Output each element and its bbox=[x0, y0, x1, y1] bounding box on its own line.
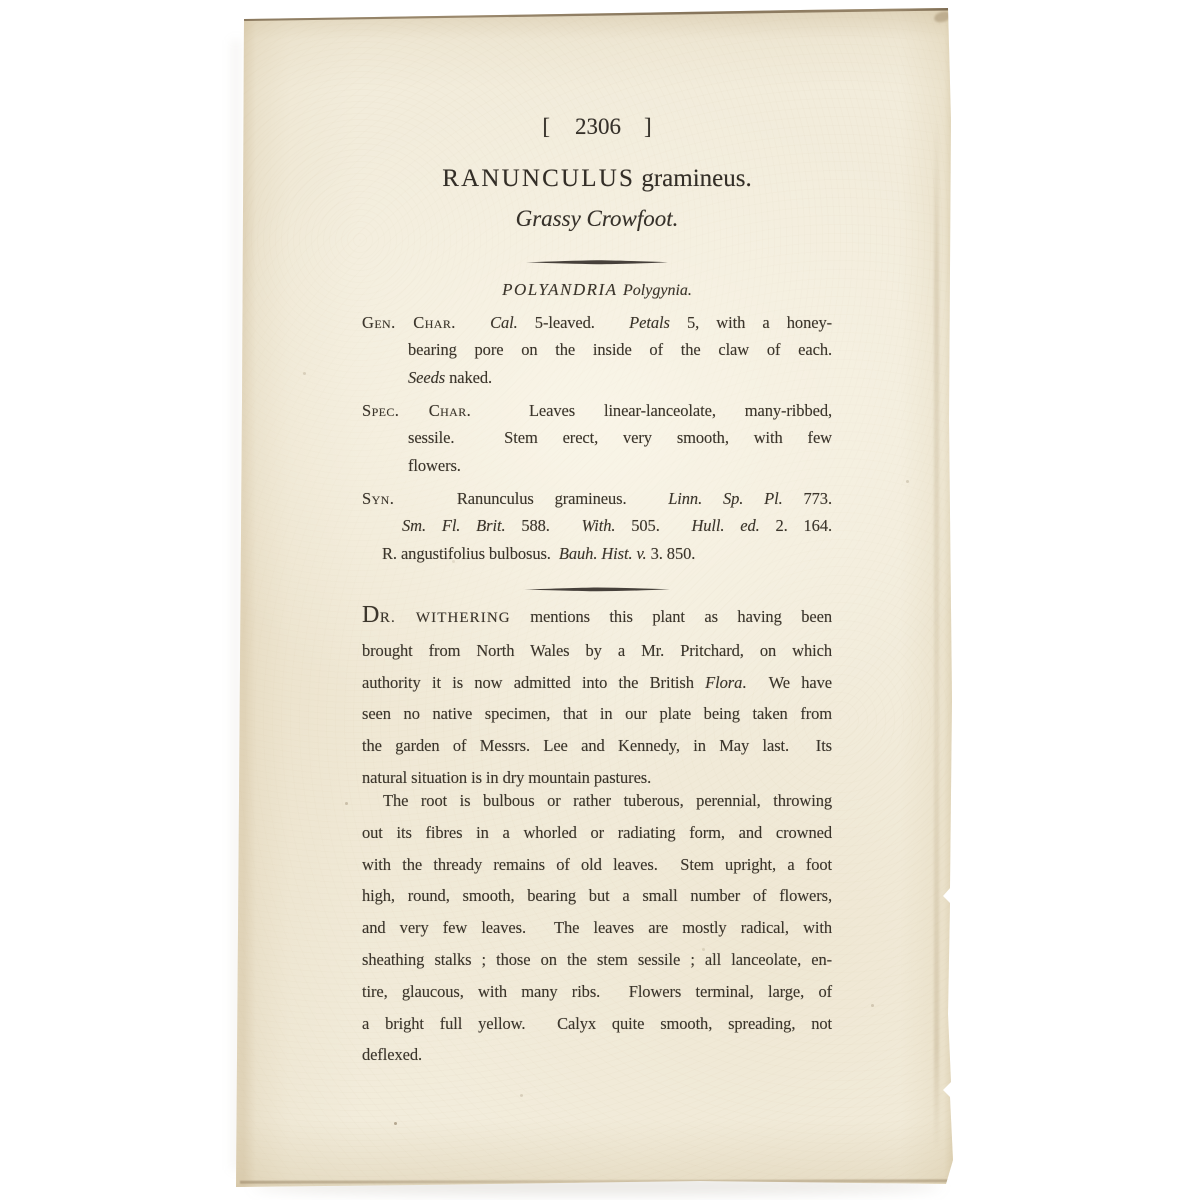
generic-character-section: Gen. Char. Cal. 5-leaved. Petals 5, with… bbox=[362, 309, 832, 391]
page-sheet: [2306] RANUNCULUS gramineus. Grassy Crow… bbox=[0, 0, 1200, 1200]
page-top-edge bbox=[243, 7, 950, 21]
synonyms-section: Syn. Ranunculus gramineus. Linn. Sp. Pl.… bbox=[362, 485, 832, 567]
text-line: tire, glaucous, with many ribs. Flowers … bbox=[362, 976, 832, 1008]
text-line: seen no native specimen, that in our pla… bbox=[362, 698, 832, 730]
text-line: deflexed. bbox=[362, 1039, 832, 1071]
text-line: DR. WITHERING mentions this plant as hav… bbox=[362, 601, 832, 635]
text-line: [2306] bbox=[362, 114, 832, 140]
text-line: Seeds naked. bbox=[408, 364, 832, 391]
text-line: RANUNCULUS gramineus. bbox=[362, 165, 832, 193]
page-number: [2306] bbox=[362, 114, 832, 140]
scan-background: [2306] RANUNCULUS gramineus. Grassy Crow… bbox=[0, 0, 1200, 1200]
foxing-speck bbox=[303, 372, 306, 375]
text-line: Spec. Char. Leaves linear-lanceolate, ma… bbox=[362, 397, 832, 424]
foxing-speck bbox=[520, 1094, 523, 1097]
page-crease bbox=[934, 120, 939, 1150]
foxing-speck bbox=[345, 802, 348, 805]
text-line: sheathing stalks ; those on the stem ses… bbox=[362, 944, 832, 976]
linnaean-class-line: POLYANDRIA Polygynia. bbox=[362, 280, 832, 300]
swelled-rule-divider bbox=[362, 253, 832, 271]
foxing-speck bbox=[871, 1004, 874, 1007]
text-line: Gen. Char. Cal. 5-leaved. Petals 5, with… bbox=[362, 309, 832, 336]
text-line: Grassy Crowfoot. bbox=[362, 206, 832, 232]
page-title: RANUNCULUS gramineus. bbox=[362, 165, 832, 193]
body-paragraph-2: The root is bulbous or rather tuberous, … bbox=[362, 785, 832, 1071]
specific-character-section: Spec. Char. Leaves linear-lanceolate, ma… bbox=[362, 397, 832, 479]
text-line: Syn. Ranunculus gramineus. Linn. Sp. Pl.… bbox=[362, 485, 832, 512]
body-paragraph-1: DR. WITHERING mentions this plant as hav… bbox=[362, 601, 832, 794]
text-line: with the thready remains of old leaves. … bbox=[362, 849, 832, 881]
text-line: the garden of Messrs. Lee and Kennedy, i… bbox=[362, 730, 832, 762]
common-name-subtitle: Grassy Crowfoot. bbox=[362, 206, 832, 232]
foxing-speck bbox=[906, 480, 909, 483]
text-line: out its fibres in a whorled or radiating… bbox=[362, 817, 832, 849]
swelled-rule-icon bbox=[526, 259, 668, 266]
text-line: high, round, smooth, bearing but a small… bbox=[362, 880, 832, 912]
text-line: brought from North Wales by a Mr. Pritch… bbox=[362, 635, 832, 667]
text-line: a bright full yellow. Calyx quite smooth… bbox=[362, 1008, 832, 1040]
corner-fold-mark bbox=[933, 10, 951, 23]
text-line: flowers. bbox=[408, 452, 832, 479]
text-line: sessile. Stem erect, very smooth, with f… bbox=[408, 424, 832, 451]
text-line: POLYANDRIA Polygynia. bbox=[362, 280, 832, 300]
swelled-rule-divider bbox=[362, 580, 832, 598]
text-line: bearing pore on the inside of the claw o… bbox=[408, 336, 832, 363]
text-line: Sm. Fl. Brit. 588. With. 505. Hull. ed. … bbox=[402, 512, 832, 539]
text-line: R. angustifolius bulbosus. Bauh. Hist. v… bbox=[382, 540, 832, 567]
text-line: The root is bulbous or rather tuberous, … bbox=[383, 785, 832, 817]
foxing-speck bbox=[394, 1122, 397, 1125]
swelled-rule-icon bbox=[524, 586, 670, 593]
text-line: authority it is now admitted into the Br… bbox=[362, 667, 832, 699]
text-line: and very few leaves. The leaves are most… bbox=[362, 912, 832, 944]
